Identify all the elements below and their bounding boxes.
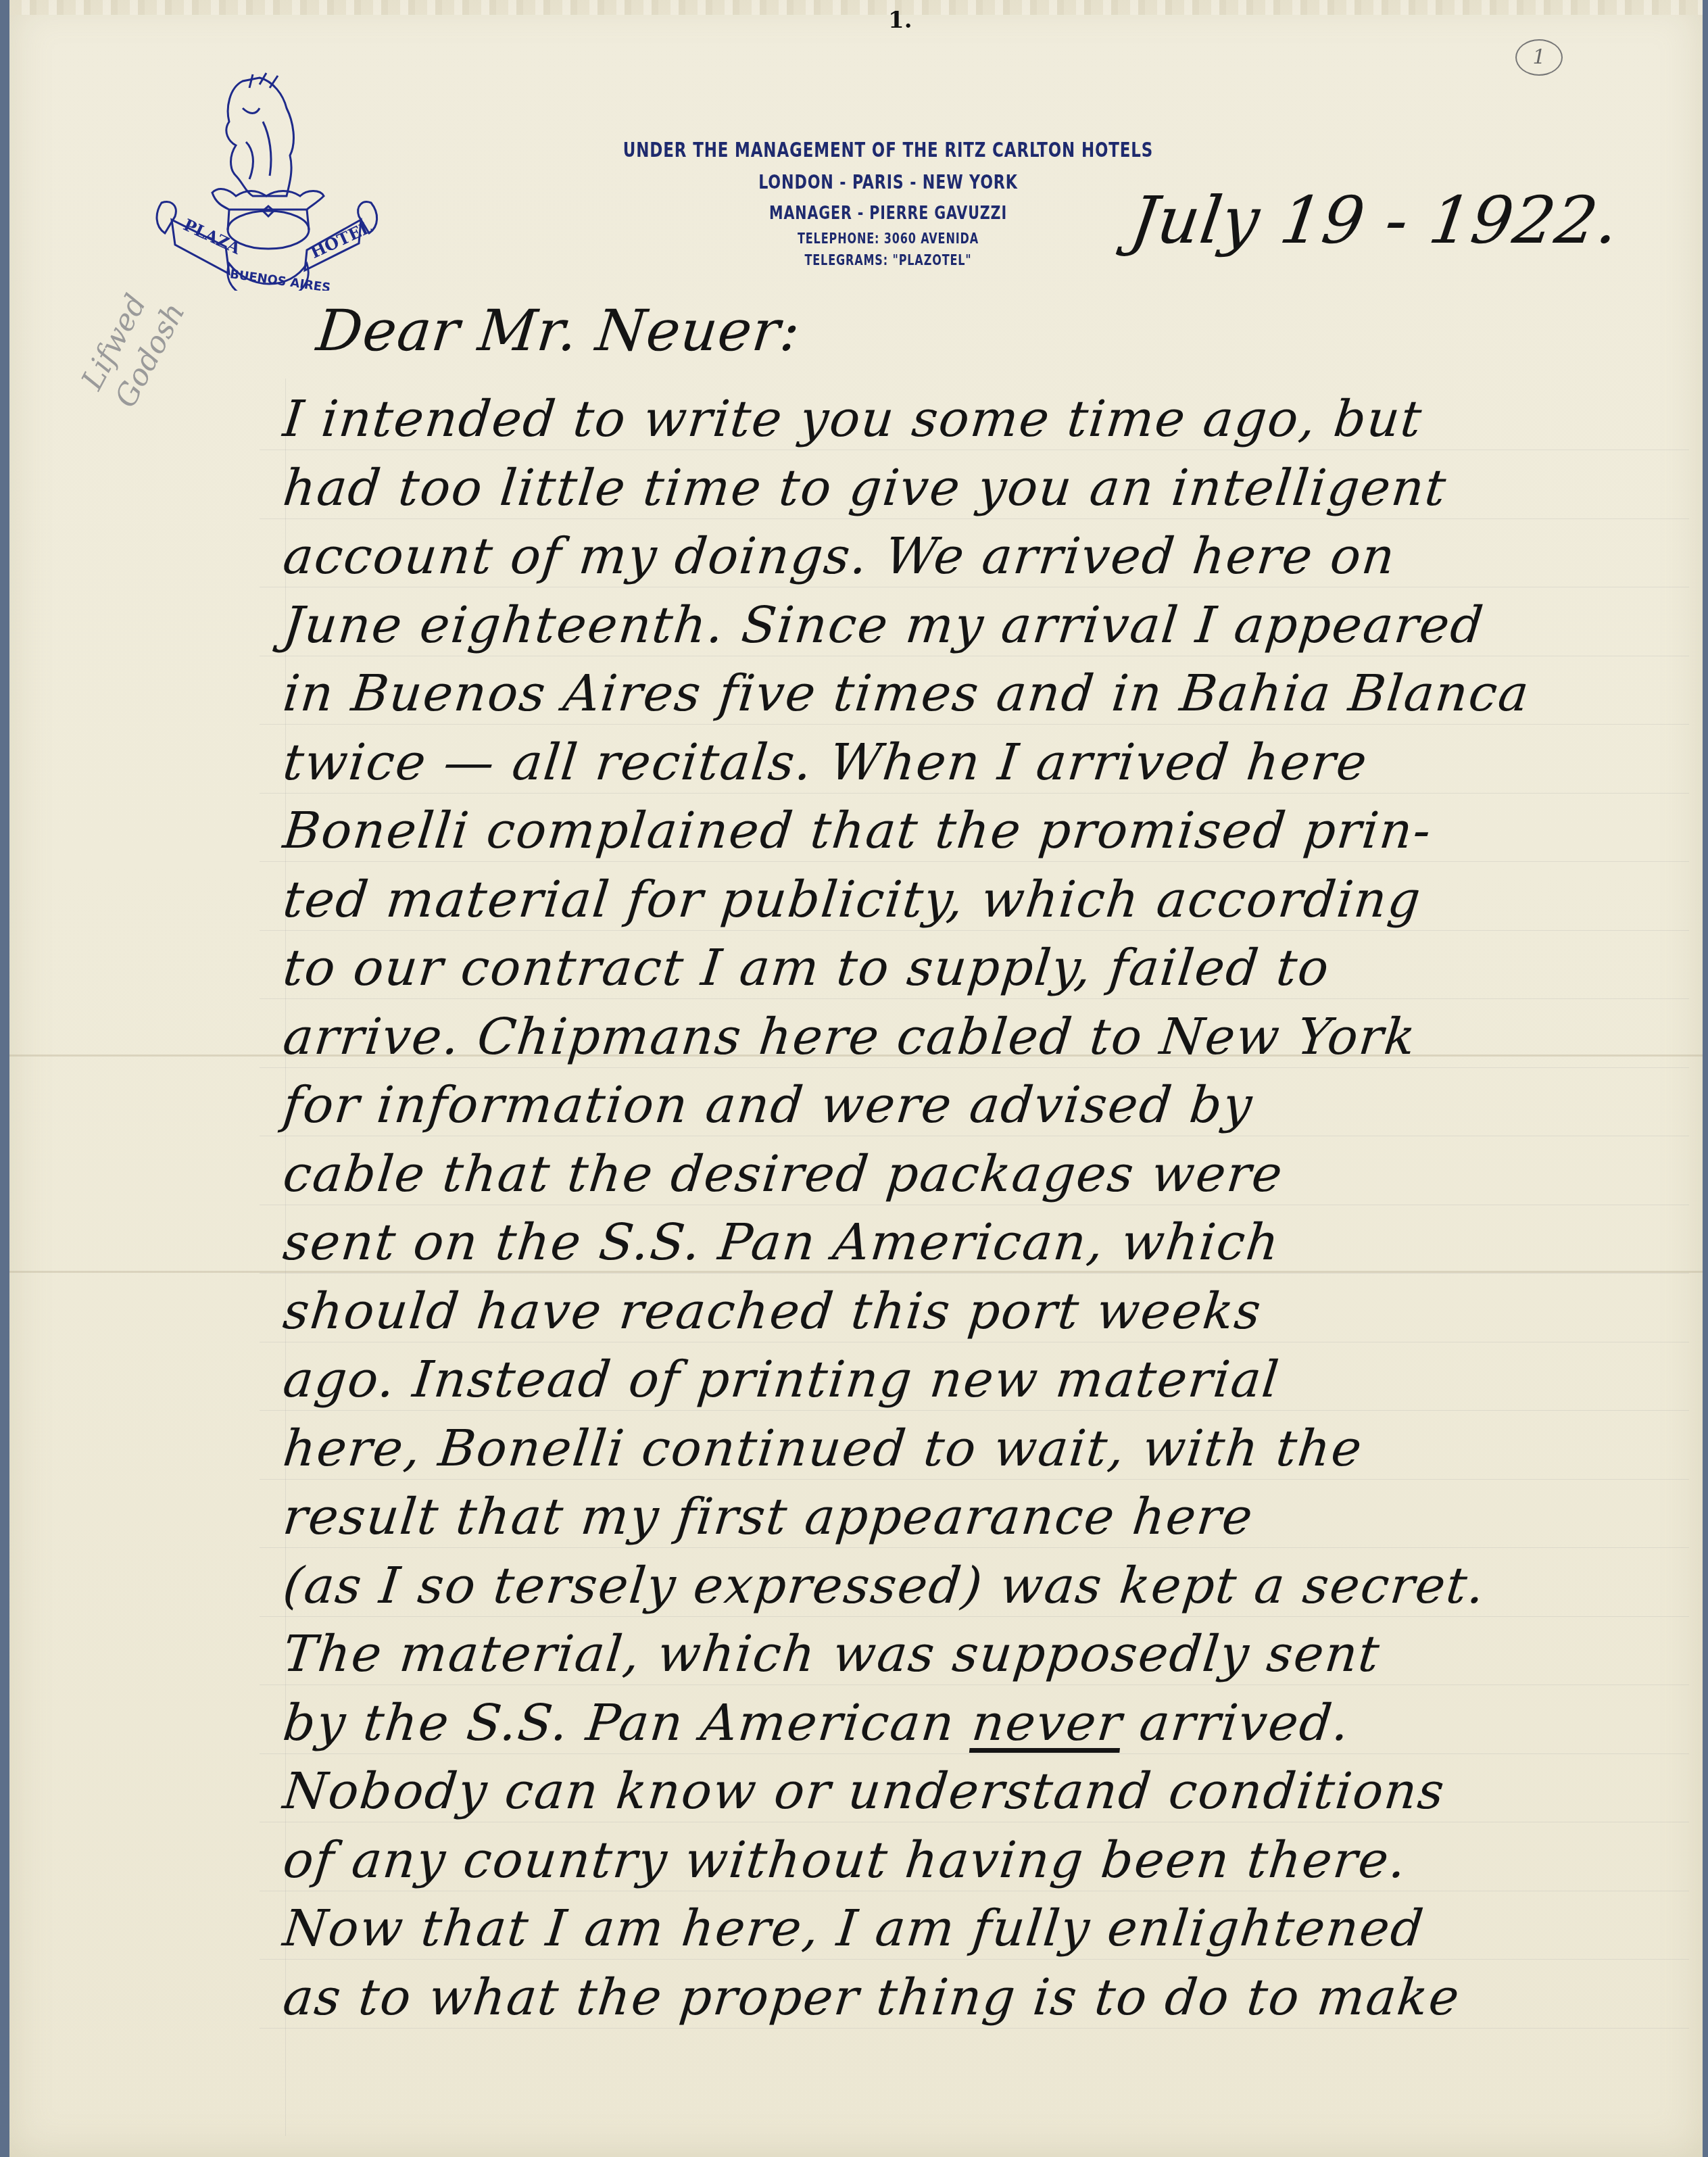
lion-crown-crest-icon: PLAZA HOTEL BUENOS AIRES bbox=[128, 68, 418, 291]
body-line-8: ted material for publicity, which accord… bbox=[280, 866, 1708, 935]
ribbon-hotel: HOTEL bbox=[308, 217, 375, 262]
body-line-24: as to what the proper thing is to do to … bbox=[280, 1964, 1708, 2033]
letterhead-manager: MANAGER - PIERRE GAVUZZI bbox=[589, 203, 1187, 224]
hotel-crest-logo: PLAZA HOTEL BUENOS AIRES bbox=[128, 68, 418, 291]
body-line-17: result that my first appearance here bbox=[280, 1483, 1708, 1552]
body-line-7: Bonelli complained that the promised pri… bbox=[280, 797, 1708, 866]
body-line-2: had too little time to give you an intel… bbox=[280, 454, 1708, 523]
body-line-9: to our contract I am to supply, failed t… bbox=[280, 934, 1708, 1003]
salutation: Dear Mr. Neuer: bbox=[314, 297, 804, 364]
body-line-20: by the S.S. Pan American never arrived. bbox=[280, 1689, 1708, 1758]
circled-page-number: 1 bbox=[1515, 39, 1563, 76]
body-line-18: (as I so tersely expressed) was kept a s… bbox=[280, 1552, 1708, 1621]
body-line-5: in Buenos Aires five times and in Bahia … bbox=[280, 660, 1708, 729]
body-line-23: Now that I am here, I am fully enlighten… bbox=[280, 1895, 1708, 1964]
body-line-14: should have reached this port weeks bbox=[280, 1278, 1708, 1347]
letter-date: July 19 - 1922. bbox=[1126, 183, 1624, 258]
page-marker: 1. bbox=[888, 7, 912, 34]
pencil-margin-note: Lifwed Godosh bbox=[74, 278, 193, 414]
letterhead-management: UNDER THE MANAGEMENT OF THE RITZ CARLTON… bbox=[589, 139, 1187, 162]
body-line-19: The material, which was supposedly sent bbox=[280, 1620, 1708, 1689]
letterhead-telephone: TELEPHONE: 3060 AVENIDA bbox=[589, 231, 1187, 247]
torn-top-edge bbox=[9, 0, 1703, 15]
body-line-6: twice — all recitals. When I arrived her… bbox=[280, 729, 1708, 798]
letterhead-telegrams: TELEGRAMS: "PLAZOTEL" bbox=[589, 252, 1187, 268]
body-line-10: arrive. Chipmans here cabled to New York bbox=[280, 1003, 1708, 1072]
body-line-15: ago. Instead of printing new material bbox=[280, 1346, 1708, 1415]
body-line-4: June eighteenth. Since my arrival I appe… bbox=[280, 591, 1708, 660]
ribbon-buenos-aires: BUENOS AIRES bbox=[229, 267, 331, 291]
letter-body: I intended to write you some time ago, b… bbox=[280, 385, 1706, 2032]
body-line-12: cable that the desired packages were bbox=[280, 1140, 1708, 1209]
letter-page: 1. 1 PLAZA bbox=[9, 0, 1703, 2157]
body-line-21: Nobody can know or understand conditions bbox=[280, 1758, 1708, 1826]
body-line-3: account of my doings. We arrived here on bbox=[280, 523, 1708, 591]
underlined-emphasis: never bbox=[969, 1694, 1125, 1752]
body-line-13: sent on the S.S. Pan American, which bbox=[280, 1209, 1708, 1278]
body-line-16: here, Bonelli continued to wait, with th… bbox=[280, 1415, 1708, 1484]
body-line-22: of any country without having been there… bbox=[280, 1826, 1708, 1895]
body-line-11: for information and were advised by bbox=[280, 1071, 1708, 1140]
body-line-1: I intended to write you some time ago, b… bbox=[280, 385, 1708, 454]
letterhead-cities: LONDON - PARIS - NEW YORK bbox=[589, 170, 1187, 193]
